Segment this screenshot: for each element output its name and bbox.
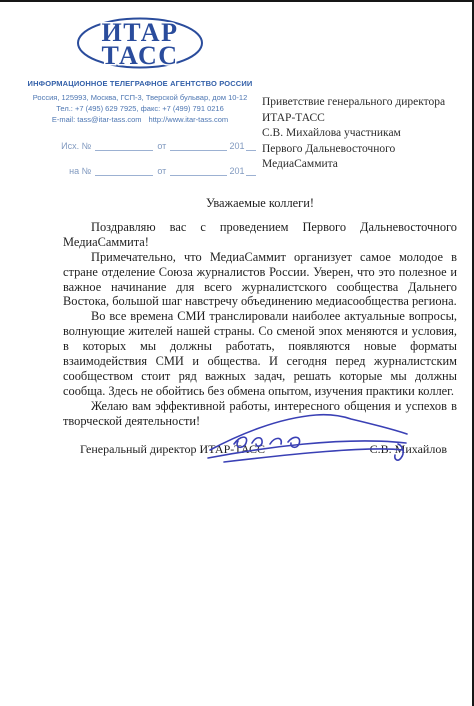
logo-text-line2: ТАСС	[101, 41, 178, 70]
letterhead-email: E-mail: tass@itar-tass.com	[52, 115, 142, 124]
recipient-line: Приветствие генерального директора	[262, 95, 462, 111]
agency-name: ИНФОРМАЦИОННОЕ ТЕЛЕГРАФНОЕ АГЕНТСТВО РОС…	[18, 79, 262, 88]
recipient-line: МедиаСаммита	[262, 157, 462, 173]
letterhead-website: http://www.itar-tass.com	[149, 115, 229, 124]
reference-block: Исх. № от 201 на № от 201	[56, 141, 256, 191]
blank-line	[246, 166, 256, 176]
signature-ink	[208, 415, 407, 462]
scanned-letter-page: ИТАР ТАСС ИНФОРМАЦИОННОЕ ТЕЛЕГРАФНОЕ АГЕ…	[0, 0, 474, 706]
outgoing-ref-row: Исх. № от 201	[56, 141, 256, 151]
blank-line	[95, 166, 153, 176]
outgoing-ref-from-label: от	[157, 141, 166, 151]
outgoing-ref-year: 201	[230, 141, 245, 151]
blank-line	[246, 141, 256, 151]
blank-line	[170, 166, 226, 176]
blank-line	[170, 141, 226, 151]
letter-paragraph: Примечательно, что МедиаСаммит организуе…	[63, 250, 457, 310]
letter-paragraph: Во все времена СМИ транслировали наиболе…	[63, 309, 457, 398]
outgoing-ref-label: Исх. №	[56, 141, 91, 151]
recipient-line: ИТАР-ТАСС	[262, 111, 462, 127]
recipient-line: С.В. Михайлова участникам	[262, 126, 462, 142]
handwritten-signature	[204, 405, 410, 467]
incoming-ref-from-label: от	[157, 166, 166, 176]
letter-body: Уважаемые коллеги! Поздравляю вас с пров…	[63, 196, 457, 429]
letter-paragraph: Поздравляю вас с проведением Первого Дал…	[63, 220, 457, 250]
salutation: Уважаемые коллеги!	[63, 196, 457, 211]
blank-line	[95, 141, 153, 151]
itar-tass-logo: ИТАР ТАСС	[72, 16, 208, 70]
letterhead-contacts: Россия, 125993, Москва, ГСП-3, Тверской …	[18, 92, 262, 125]
letterhead: ИТАР ТАСС ИНФОРМАЦИОННОЕ ТЕЛЕГРАФНОЕ АГЕ…	[18, 16, 262, 125]
letterhead-address: Россия, 125993, Москва, ГСП-3, Тверской …	[18, 92, 262, 103]
incoming-ref-label: на №	[56, 166, 91, 176]
recipient-line: Первого Дальневосточного	[262, 142, 462, 158]
incoming-ref-year: 201	[230, 166, 245, 176]
recipient-block: Приветствие генерального директора ИТАР-…	[262, 95, 462, 173]
incoming-ref-row: на № от 201	[56, 166, 256, 176]
letterhead-email-line: E-mail: tass@itar-tass.comhttp://www.ita…	[18, 114, 262, 125]
letterhead-phone: Тел.: +7 (495) 629 7925, факс: +7 (499) …	[18, 103, 262, 114]
